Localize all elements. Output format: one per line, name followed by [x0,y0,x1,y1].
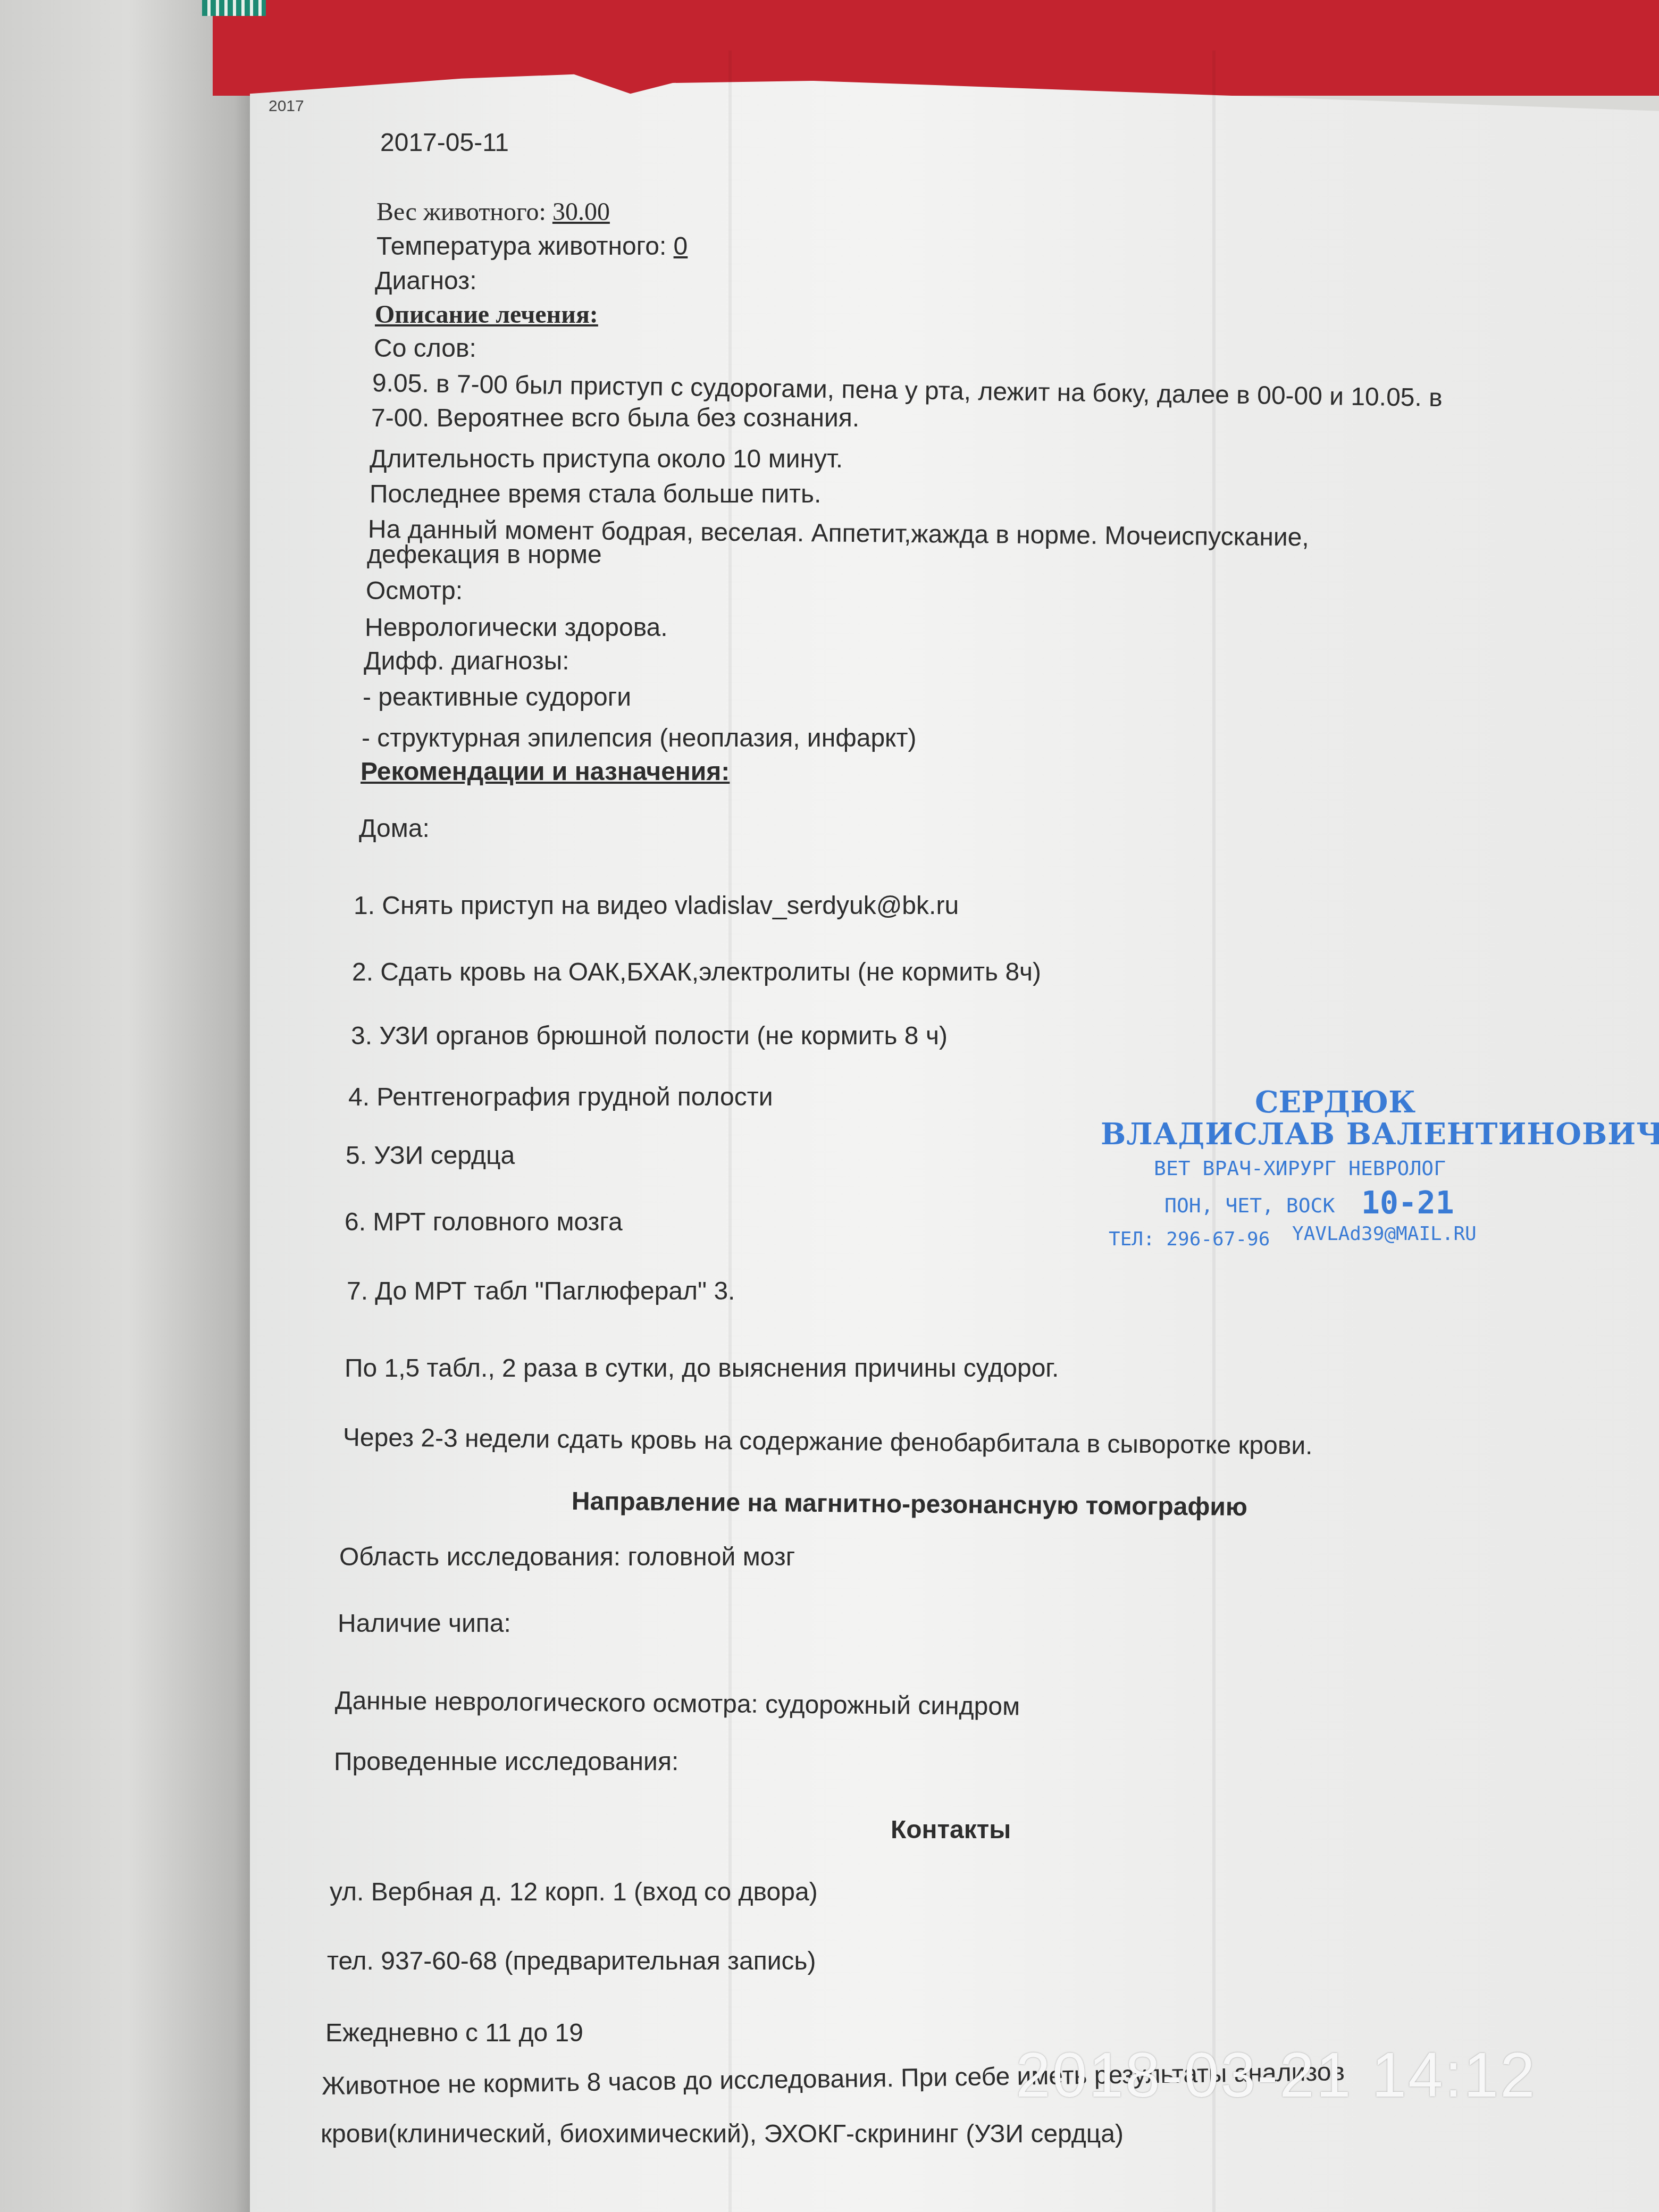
recommendations-heading: Рекомендации и назначения: [361,759,730,785]
contacts-hours: Ежедневно с 11 до 19 [325,2021,583,2046]
anamnesis-line: Длительность приступа около 10 минут. [370,447,843,472]
anamnesis-label: Со слов: [374,336,476,362]
diff-label: Дифф. диагнозы: [364,649,569,674]
stamp-full-name: ВЛАДИСЛАВ ВАЛЕНТИНОВИЧ [1101,1117,1659,1152]
mri-heading: Направление на магнитно-резонансную томо… [572,1489,1247,1520]
stamp-title: ВЕТ ВРАЧ-ХИРУРГ НЕВРОЛОГ [1154,1157,1446,1180]
home-label: Дома: [359,816,430,842]
diagnosis-label: Диагноз: [375,269,477,294]
teal-pattern-edge [202,0,266,16]
weight-label: Вес животного: [376,198,546,226]
contacts-address: ул. Вербная д. 12 корп. 1 (вход со двора… [330,1880,818,1905]
temperature-value: 0 [674,232,688,261]
stamp-days: ПОН, ЧЕТ, ВОСК [1164,1194,1335,1217]
contacts-phone: тел. 937-60-68 (предварительная запись) [327,1949,816,1974]
photo-timestamp-overlay: 2018-03-21 14:12 [1016,2039,1537,2112]
dosage-text: По 1,5 табл., 2 раза в сутки, до выяснен… [345,1356,1059,1381]
recommendation-item: 4. Рентгенография грудной полости [348,1085,773,1110]
record-date: 2017-05-11 [380,130,509,156]
exam-text: Неврологически здорова. [365,615,668,641]
stamp-surname: СЕРДЮК [1255,1085,1415,1120]
stamp-hours: 10-21 [1361,1185,1454,1221]
anamnesis-line: Последнее время стала больше пить. [370,482,821,507]
diff-item: - структурная эпилепсия (неоплазия, инфа… [362,726,917,751]
left-page-year: 2017 [269,98,304,114]
stamp-email: YAVLAd39@MAIL.RU [1292,1223,1477,1245]
treatment-heading: Описание лечения: [375,302,598,328]
exam-label: Осмотр: [366,579,463,604]
mri-neuro-exam: Данные неврологического осмотра: судорож… [335,1688,1020,1720]
recommendation-item: 2. Сдать кровь на ОАК,БХАК,электролиты (… [352,960,1041,985]
temperature-label: Температура животного: [376,232,666,261]
contacts-heading: Контакты [891,1817,1011,1843]
mri-done-studies: Проведенные исследования: [334,1749,678,1775]
weight-value: 30.00 [552,198,610,226]
diff-item: - реактивные судороги [363,685,631,710]
anamnesis-line: 7-00. Вероятнее всго была без сознания. [371,406,859,431]
weight-row: Вес животного: 30.00 [376,199,610,225]
recommendation-item: 3. УЗИ органов брюшной полости (не корми… [351,1024,948,1049]
anamnesis-line: дефекация в норме [367,542,602,568]
temperature-row: Температура животного: 0 [376,234,688,259]
previous-binder-page [0,0,255,2212]
recommendation-item: 7. До МРТ табл "Паглюферал" 3. [347,1279,735,1304]
recommendation-item: 5. УЗИ сердца [346,1143,515,1169]
mri-area: Область исследования: головной мозг [339,1545,795,1570]
contacts-note: крови(клинический, биохимический), ЭХОКГ… [321,2122,1124,2147]
recommendation-item: 6. МРТ головного мозга [345,1210,623,1235]
mri-chip: Наличие чипа: [338,1611,511,1637]
stamp-phone: ТЕЛ: 296-67-96 [1109,1228,1270,1250]
recommendation-item: 1. Снять приступ на видео vladislav_serd… [354,893,959,919]
